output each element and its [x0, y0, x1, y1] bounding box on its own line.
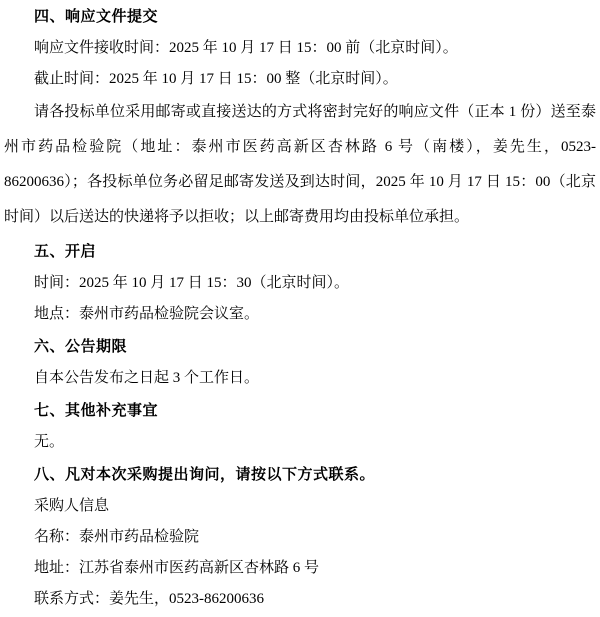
section-response-submission: 四、响应文件提交 响应文件接收时间：2025 年 10 月 17 日 15：00…	[4, 2, 596, 235]
purchaser-info-label: 采购人信息	[4, 491, 596, 522]
section-announcement-period: 六、公告期限 自本公告发布之日起 3 个工作日。	[4, 332, 596, 394]
purchaser-contact-line: 联系方式：姜先生，0523-86200636	[4, 584, 596, 615]
section-contact: 八、凡对本次采购提出询问，请按以下方式联系。 采购人信息 名称：泰州市药品检验院…	[4, 460, 596, 615]
section-heading-announcement-period: 六、公告期限	[4, 332, 596, 363]
section-heading-response-submission: 四、响应文件提交	[4, 2, 596, 33]
opening-time-line: 时间：2025 年 10 月 17 日 15：30（北京时间）。	[4, 268, 596, 299]
announcement-period-line: 自本公告发布之日起 3 个工作日。	[4, 363, 596, 394]
mailing-instructions-paragraph: 请各投标单位采用邮寄或直接送达的方式将密封完好的响应文件（正本 1 份）送至泰州…	[4, 95, 596, 235]
section-heading-opening: 五、开启	[4, 237, 596, 268]
purchaser-address-line: 地址：江苏省泰州市医药高新区杏林路 6 号	[4, 553, 596, 584]
response-receive-time-line: 响应文件接收时间：2025 年 10 月 17 日 15：00 前（北京时间）。	[4, 33, 596, 64]
section-heading-other-matters: 七、其他补充事宜	[4, 396, 596, 427]
section-opening: 五、开启 时间：2025 年 10 月 17 日 15：30（北京时间）。 地点…	[4, 237, 596, 330]
purchaser-name-line: 名称：泰州市药品检验院	[4, 522, 596, 553]
opening-location-line: 地点：泰州市药品检验院会议室。	[4, 299, 596, 330]
document-page: 四、响应文件提交 响应文件接收时间：2025 年 10 月 17 日 15：00…	[0, 2, 600, 617]
other-matters-none-line: 无。	[4, 427, 596, 458]
section-other-matters: 七、其他补充事宜 无。	[4, 396, 596, 458]
deadline-time-line: 截止时间：2025 年 10 月 17 日 15：00 整（北京时间）。	[4, 64, 596, 95]
section-heading-contact: 八、凡对本次采购提出询问，请按以下方式联系。	[4, 460, 596, 491]
